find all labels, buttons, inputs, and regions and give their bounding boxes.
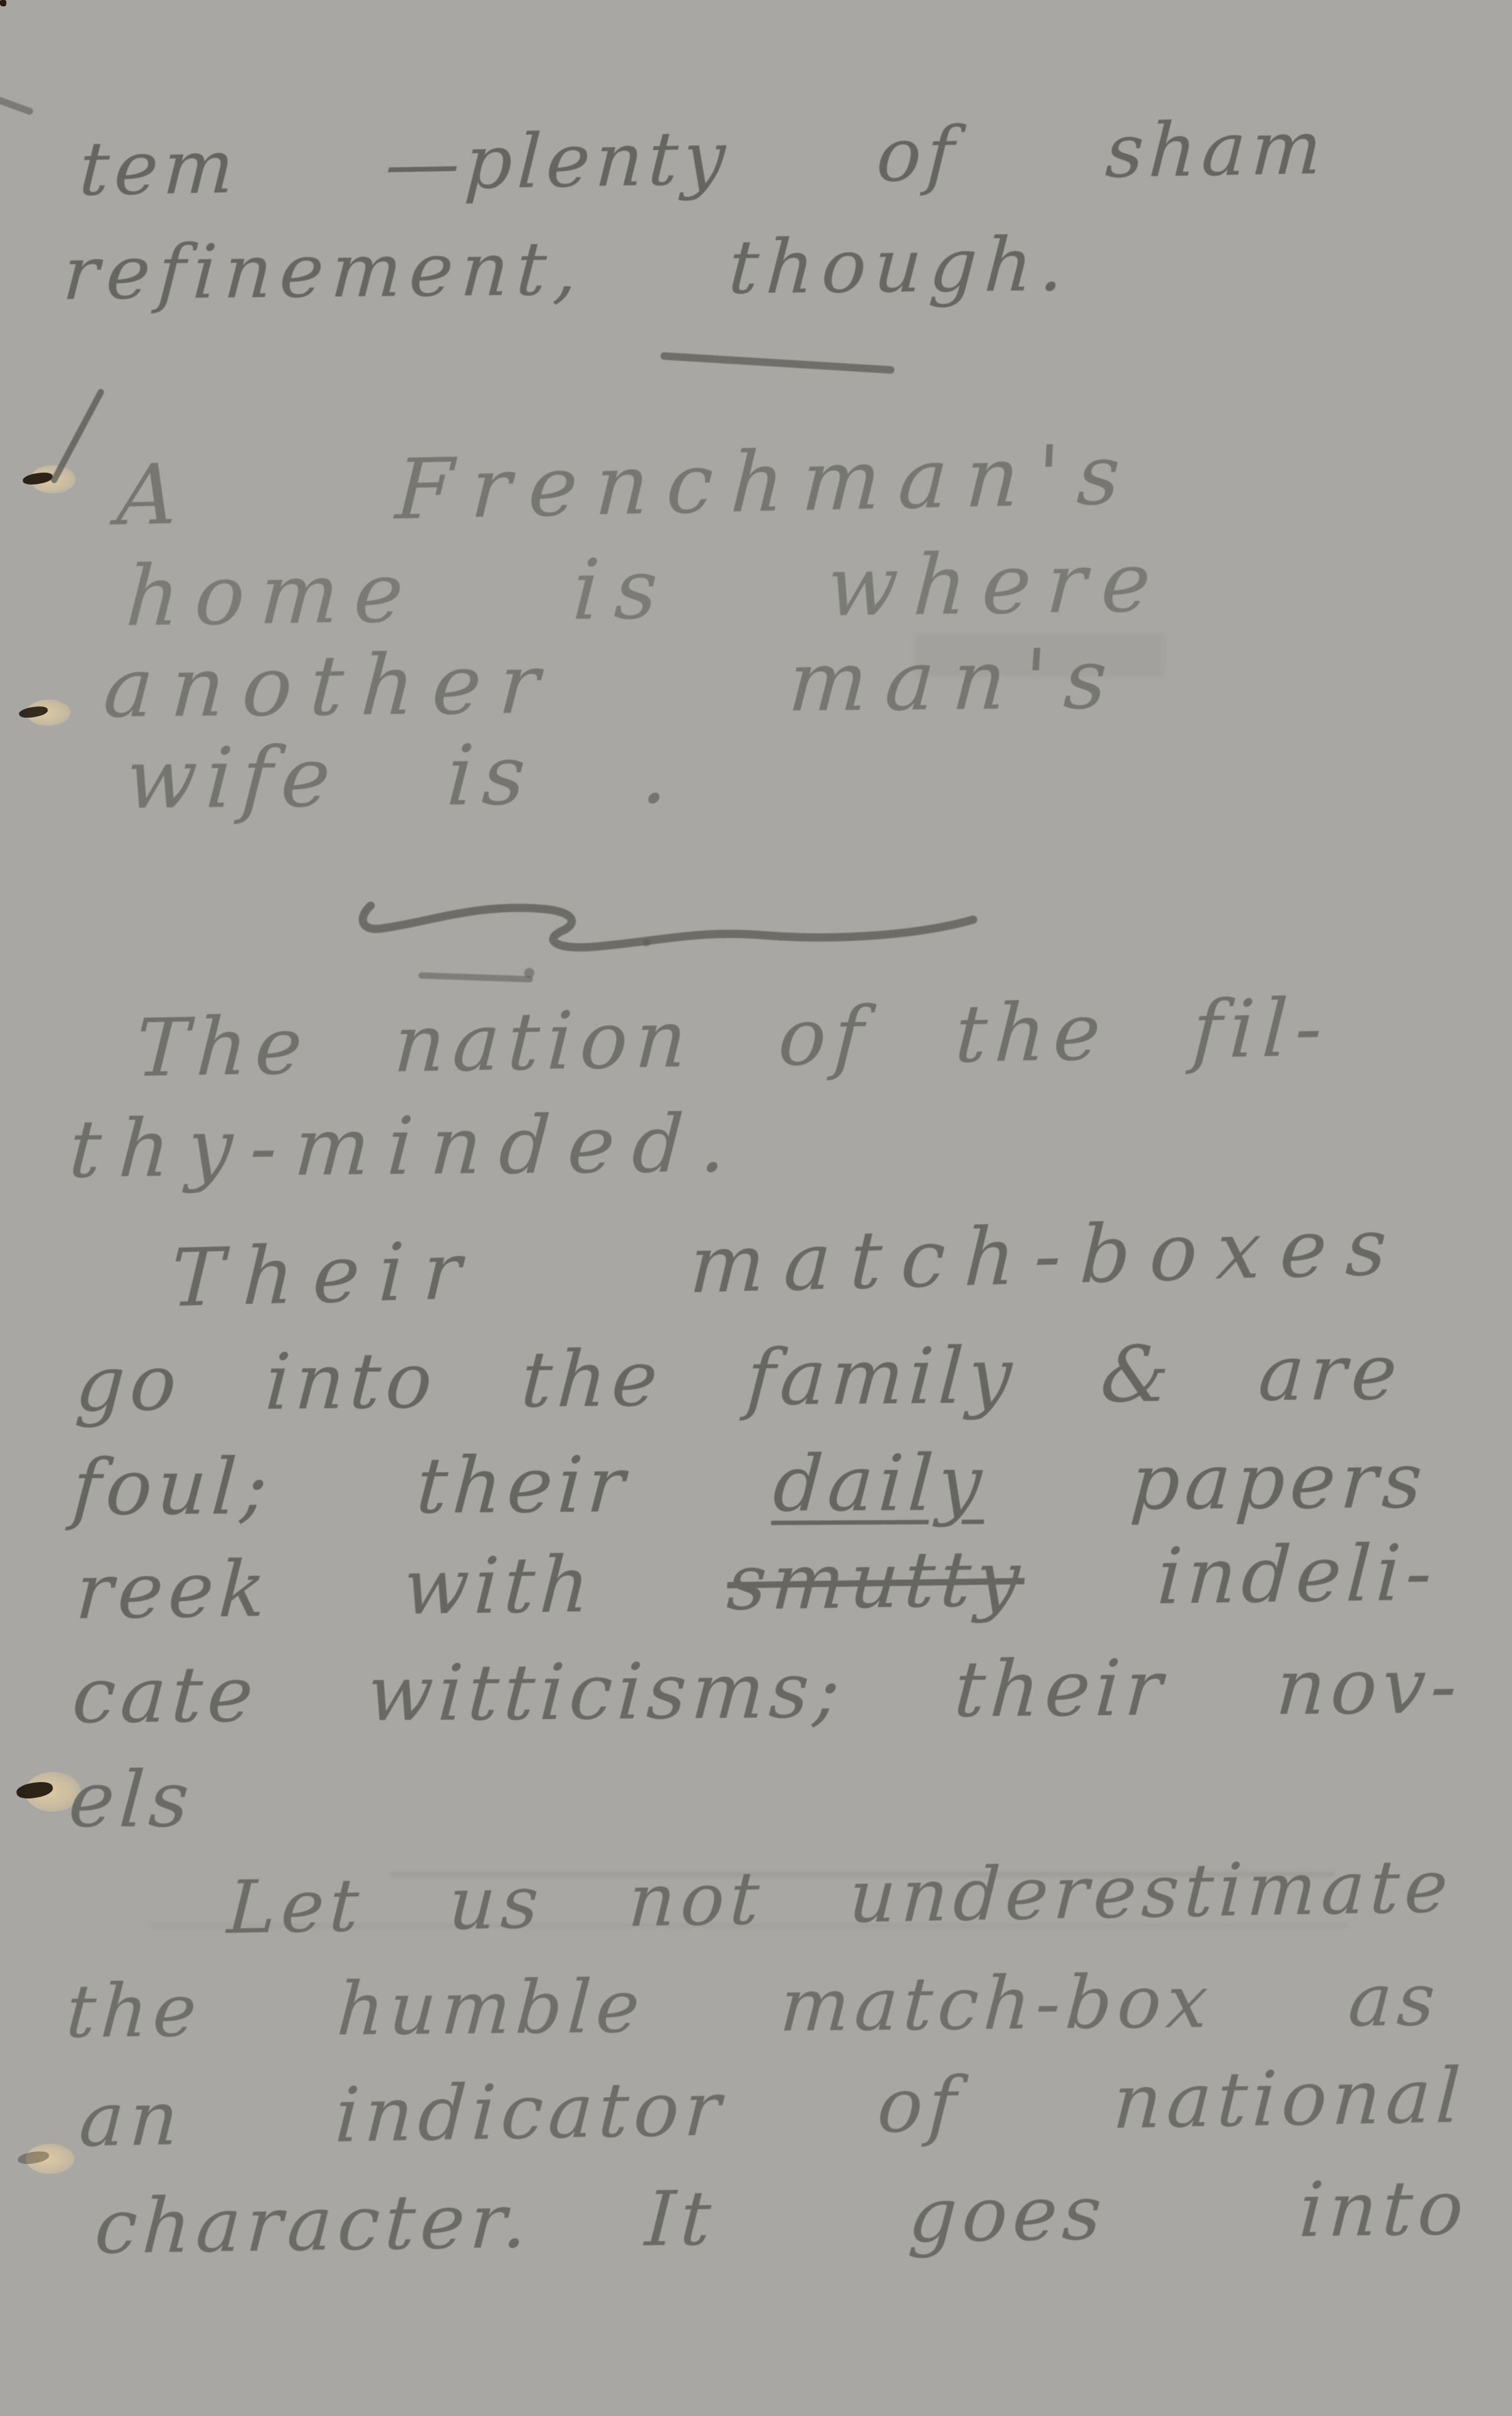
text-segment: indeli- [1022,1528,1439,1623]
handwritten-line: Their match-boxes [169,1197,1407,1328]
margin-stroke [0,95,34,115]
text-segment: thy-minded. [67,1097,747,1195]
handwritten-line: thy-minded. [66,1093,822,1199]
text-segment: The nation of the fil- [134,981,1332,1095]
notebook-page-photo: { "document": { "kind": "handwritten-not… [0,0,1512,2416]
handwriting-layer: tem —plenty of shamrefinement, though.A … [0,0,1512,2416]
text-segment: Their match-boxes [169,1200,1407,1325]
text-segment: go into the family & are [73,1328,1405,1429]
text-segment: the humble match-box as [64,1957,1442,2054]
handwritten-line: The nation of the fil- [134,978,1332,1098]
graphite-smear [391,1872,1336,1877]
text-segment: refinement, though. [60,221,1074,316]
squiggle-separator [353,883,989,958]
text-segment: an indicator of national [77,2052,1467,2165]
graphite-smudge [913,633,1165,677]
handwritten-line: els [66,1752,261,1848]
text-segment: cate witticisms; their nov- [70,1642,1465,1740]
text-segment: foul; their [69,1439,776,1533]
text-segment: wife is . [123,725,680,828]
underlined-word: daily [770,1438,989,1529]
handwritten-line: tem —plenty of sham [77,101,1329,216]
pencil-dot [524,968,534,978]
margin-slash [50,388,105,484]
handwritten-line: the humble match-box as [64,1954,1443,2057]
handwritten-line: A Frenchman's [115,423,1140,548]
pencil-dot [643,939,650,946]
handwritten-line: wife is . [123,722,680,832]
text-segment: A Frenchman's [115,426,1140,544]
text-segment: character. [93,2177,534,2271]
text-segment: tem —plenty of sham [77,103,1329,212]
handwritten-line: reek with smutty indeli- [73,1525,1439,1640]
text-segment: It goes into [643,2165,1471,2264]
graphite-smear [151,1923,1348,1928]
struck-word: smutty [725,1534,1028,1628]
text-segment: els [66,1755,197,1844]
handwritten-line: cate witticisms; their nov- [69,1638,1465,1744]
word-gap [530,2245,644,2247]
text-segment: reek with [74,1538,730,1637]
small-dash [418,972,533,982]
text-segment: papers [983,1436,1429,1528]
handwritten-line: foul; their daily papers [69,1433,1430,1536]
handwritten-line: character.It goes into [93,2161,1471,2275]
handwritten-line: Let us not underestimate [225,1841,1455,1953]
handwritten-line: go into the family & are [73,1325,1405,1432]
text-segment: Let us not underestimate [226,1844,1455,1950]
handwritten-line: refinement, though. [60,218,1074,320]
section-dash [660,352,895,374]
handwritten-line: an indicator of national [77,2049,1468,2168]
